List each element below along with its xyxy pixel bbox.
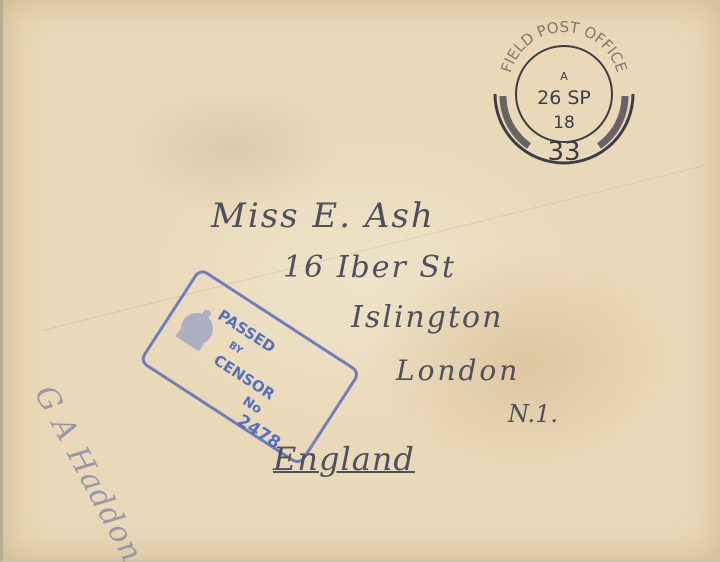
censor-line-3: CENSOR xyxy=(210,351,278,404)
censor-line-2: BY xyxy=(226,340,245,357)
recipient-city: London xyxy=(396,354,520,387)
postmark-office-number: 33 xyxy=(547,137,580,167)
recipient-country: England xyxy=(273,440,415,478)
crown-icon xyxy=(174,302,223,353)
postmark-letter: A xyxy=(560,70,568,83)
recipient-postal-district: N.1. xyxy=(508,400,558,428)
postmark: FIELD POST OFFICE A 26 SP 18 33 xyxy=(481,4,647,170)
postmark-date: 26 SP xyxy=(537,87,591,109)
postmark-year: 18 xyxy=(553,113,575,133)
recipient-street: 16 Iber St xyxy=(283,250,456,285)
envelope: FIELD POST OFFICE A 26 SP 18 33 PASSED B… xyxy=(0,0,720,562)
recipient-district: Islington xyxy=(351,300,503,335)
recipient-name: Miss E. Ash xyxy=(211,196,435,236)
